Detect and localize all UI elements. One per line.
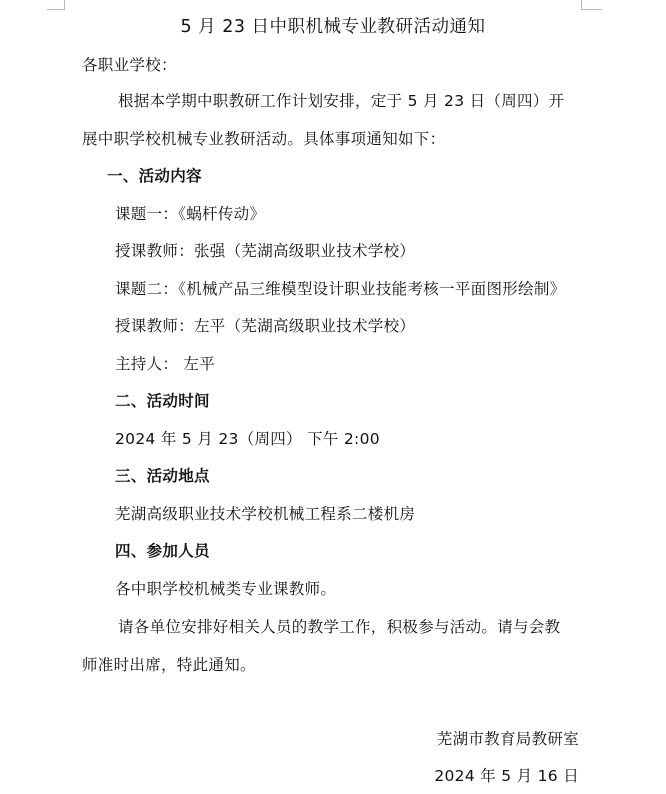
intro-paragraph-line-1: 根据本学期中职教研工作计划安排，定于 5 月 23 日（周四）开: [118, 91, 564, 111]
topic-1: 课题一：《蜗杆传动》: [115, 204, 265, 224]
topic-2: 课题二：《机械产品三维模型设计职业技能考核一平面图形绘制》: [115, 279, 565, 299]
document-title: 5 月 23 日中职机械专业教研活动通知: [0, 17, 666, 37]
closing-line-1: 请各单位安排好相关人员的教学工作，积极参与活动。请与会教: [118, 617, 560, 637]
teacher-2: 授课教师：左平（芜湖高级职业技术学校）: [115, 316, 415, 336]
section-heading-participants: 四、参加人员: [115, 541, 210, 561]
signature-date: 2024 年 5 月 16 日: [434, 766, 579, 786]
intro-paragraph-line-2: 展中职学校机械专业教研活动。具体事项通知如下：: [82, 129, 445, 149]
salutation: 各职业学校：: [82, 55, 177, 75]
closing-line-2: 师准时出席，特此通知。: [82, 655, 256, 675]
signature-organization: 芜湖市教育局教研室: [437, 729, 579, 749]
page-corner-mark-left: [47, 0, 65, 10]
section-heading-location: 三、活动地点: [115, 466, 210, 486]
event-location: 芜湖高级职业技术学校机械工程系二楼机房: [115, 504, 415, 524]
section-heading-content: 一、活动内容: [107, 166, 202, 186]
participants: 各中职学校机械类专业课教师。: [115, 579, 336, 599]
host: 主持人： 左平: [115, 354, 215, 374]
event-time: 2024 年 5 月 23（周四） 下午 2:00: [115, 429, 380, 449]
teacher-1: 授课教师：张强（芜湖高级职业技术学校）: [115, 241, 415, 261]
section-heading-time: 二、活动时间: [115, 391, 210, 411]
page-corner-mark-right: [581, 0, 602, 10]
